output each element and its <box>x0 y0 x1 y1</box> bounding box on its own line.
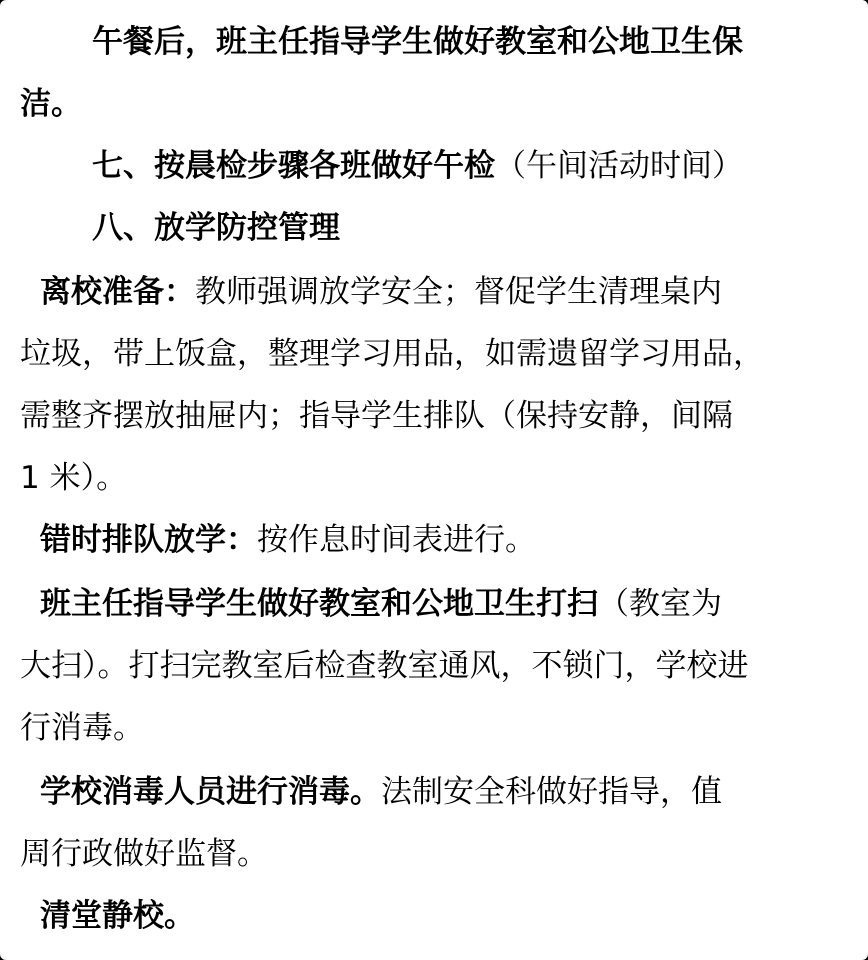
paragraph-staggered-dismissal: 错时排队放学：按作息时间表进行。 <box>40 520 536 560</box>
paragraph-lunch-cleaning-cont: 洁。 <box>20 84 82 124</box>
paragraph-leave-prep-cont-3: 1 米）。 <box>20 458 127 498</box>
bold-text: 离校准备： <box>40 274 195 310</box>
bold-text: 学校消毒人员进行消毒。 <box>40 774 381 810</box>
bold-text: 清堂静校。 <box>40 898 195 934</box>
bold-text: 八、放学防控管理 <box>92 210 340 246</box>
paragraph-disinfection: 学校消毒人员进行消毒。法制安全科做好指导，值 <box>40 772 722 812</box>
normal-text: 按作息时间表进行。 <box>257 522 536 558</box>
bold-text: 班主任指导学生做好教室和公地卫生打扫 <box>40 586 598 622</box>
normal-text: 大扫）。打扫完教室后检查教室通风，不锁门，学校进 <box>20 648 749 684</box>
paragraph-leave-prep-cont-1: 垃圾，带上饭盒，整理学习用品，如需遗留学习用品， <box>20 334 764 374</box>
normal-text: 周行政做好监督。 <box>20 836 268 872</box>
paragraph-clear-school: 清堂静校。 <box>40 896 195 936</box>
paragraph-leave-prep: 离校准备：教师强调放学安全；督促学生清理桌内 <box>40 272 722 312</box>
paragraph-disinfection-cont: 周行政做好监督。 <box>20 834 268 874</box>
normal-text: 1 米）。 <box>20 460 127 496</box>
normal-text: 垃圾，带上饭盒，整理学习用品，如需遗留学习用品， <box>20 336 764 372</box>
bold-text: 午餐后，班主任指导学生做好教室和公地卫生保 <box>92 24 743 60</box>
paragraph-classroom-cleaning: 班主任指导学生做好教室和公地卫生打扫（教室为 <box>40 584 722 624</box>
bold-text: 七、按晨检步骤各班做好午检 <box>92 148 495 184</box>
document-page: 午餐后，班主任指导学生做好教室和公地卫生保 洁。 七、按晨检步骤各班做好午检（午… <box>0 0 868 960</box>
paragraph-leave-prep-cont-2: 需整齐摆放抽屉内；指导学生排队（保持安静，间隔 <box>20 396 733 436</box>
heading-section-8: 八、放学防控管理 <box>92 208 340 248</box>
paragraph-classroom-cleaning-cont-1: 大扫）。打扫完教室后检查教室通风，不锁门，学校进 <box>20 646 749 686</box>
normal-text: 需整齐摆放抽屉内；指导学生排队（保持安静，间隔 <box>20 398 733 434</box>
normal-text: 行消毒。 <box>20 710 144 746</box>
heading-section-7: 七、按晨检步骤各班做好午检（午间活动时间） <box>92 146 743 186</box>
normal-text: 法制安全科做好指导，值 <box>381 774 722 810</box>
normal-text: （午间活动时间） <box>495 148 743 184</box>
paragraph-lunch-cleaning: 午餐后，班主任指导学生做好教室和公地卫生保 <box>92 22 743 62</box>
normal-text: 教师强调放学安全；督促学生清理桌内 <box>195 274 722 310</box>
normal-text: （教室为 <box>598 586 722 622</box>
bold-text: 错时排队放学： <box>40 522 257 558</box>
bold-text: 洁。 <box>20 86 82 122</box>
paragraph-classroom-cleaning-cont-2: 行消毒。 <box>20 708 144 748</box>
